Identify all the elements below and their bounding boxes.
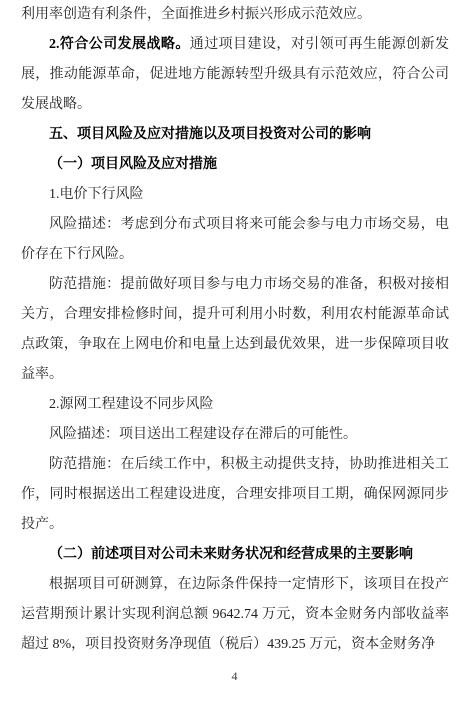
paragraph-risk1-countermeasure: 防范措施：提前做好项目参与电力市场交易的准备，积极对接相关方，合理安排检修时间，… [21, 270, 449, 390]
subsection-heading-risk-measures: （一）项目风险及应对措施 [21, 150, 449, 180]
document-body: 利用率创造有利条件，全面推进乡村振兴形成示范效应。 2.符合公司发展战略。通过项… [21, 0, 449, 660]
paragraph-risk1-title: 1.电价下行风险 [21, 180, 449, 210]
paragraph-strategy: 2.符合公司发展战略。通过项目建设，对引领可再生能源创新发展，推动能源革命，促进… [21, 30, 449, 120]
section-heading-risks: 五、项目风险及应对措施以及项目投资对公司的影响 [21, 120, 449, 150]
paragraph-risk2-description: 风险描述：项目送出工程建设存在滞后的可能性。 [21, 420, 449, 450]
paragraph-financial-impact: 根据项目可研测算，在边际条件保持一定情形下，该项目在投产运营期预计累计实现利润总… [21, 570, 449, 660]
paragraph-risk2-countermeasure: 防范措施：在后续工作中，积极主动提供支持，协助推进相关工作，同时根据送出工程建设… [21, 450, 449, 540]
paragraph-risk2-title: 2.源网工程建设不同步风险 [21, 390, 449, 420]
subsection-heading-financial-impact: （二）前述项目对公司未来财务状况和经营成果的主要影响 [21, 540, 449, 570]
paragraph-bold-lead: 2.符合公司发展战略。 [49, 37, 190, 52]
paragraph-risk1-description: 风险描述：考虑到分布式项目将来可能会参与电力市场交易，电价存在下行风险。 [21, 210, 449, 270]
page-number: 4 [0, 666, 469, 686]
document-page: 利用率创造有利条件，全面推进乡村振兴形成示范效应。 2.符合公司发展战略。通过项… [0, 0, 469, 713]
paragraph-continuation: 利用率创造有利条件，全面推进乡村振兴形成示范效应。 [21, 0, 449, 30]
